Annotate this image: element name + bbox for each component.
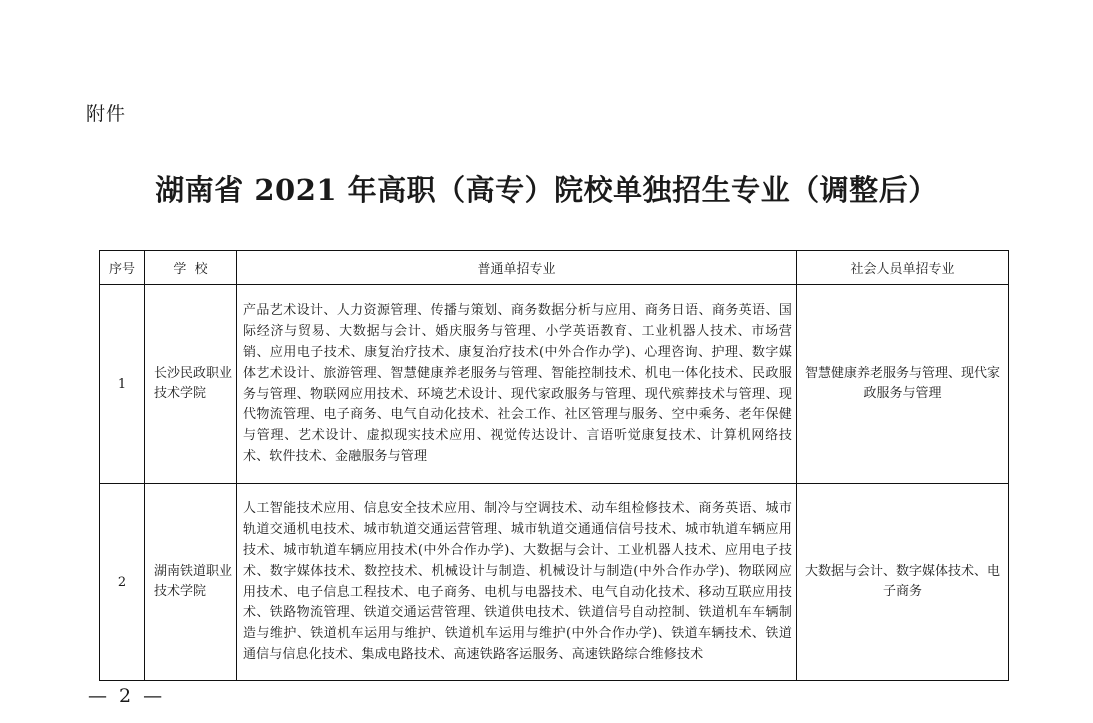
header-social-majors: 社会人员单招专业 bbox=[797, 251, 1009, 285]
row-school: 长沙民政职业技术学院 bbox=[145, 285, 237, 484]
attachment-label: 附件 bbox=[86, 99, 126, 126]
table-row: 2 湖南铁道职业技术学院 人工智能技术应用、信息安全技术应用、制冷与空调技术、动… bbox=[100, 484, 1009, 681]
row-general-majors: 人工智能技术应用、信息安全技术应用、制冷与空调技术、动车组检修技术、商务英语、城… bbox=[237, 484, 797, 681]
row-social-majors: 大数据与会计、数字媒体技术、电子商务 bbox=[797, 484, 1009, 681]
table-header-row: 序号 学 校 普通单招专业 社会人员单招专业 bbox=[100, 251, 1009, 285]
header-general-majors: 普通单招专业 bbox=[237, 251, 797, 285]
page-number: — 2 — bbox=[88, 685, 165, 707]
document-title: 湖南省 2021 年高职（高专）院校单独招生专业（调整后） bbox=[0, 168, 1093, 209]
header-index: 序号 bbox=[100, 251, 145, 285]
majors-table: 序号 学 校 普通单招专业 社会人员单招专业 1 长沙民政职业技术学院 产品艺术… bbox=[99, 250, 1009, 681]
row-index: 1 bbox=[100, 285, 145, 484]
row-social-majors: 智慧健康养老服务与管理、现代家政服务与管理 bbox=[797, 285, 1009, 484]
row-general-majors: 产品艺术设计、人力资源管理、传播与策划、商务数据分析与应用、商务日语、商务英语、… bbox=[237, 285, 797, 484]
header-school: 学 校 bbox=[145, 251, 237, 285]
table-row: 1 长沙民政职业技术学院 产品艺术设计、人力资源管理、传播与策划、商务数据分析与… bbox=[100, 285, 1009, 484]
row-index: 2 bbox=[100, 484, 145, 681]
row-school: 湖南铁道职业技术学院 bbox=[145, 484, 237, 681]
